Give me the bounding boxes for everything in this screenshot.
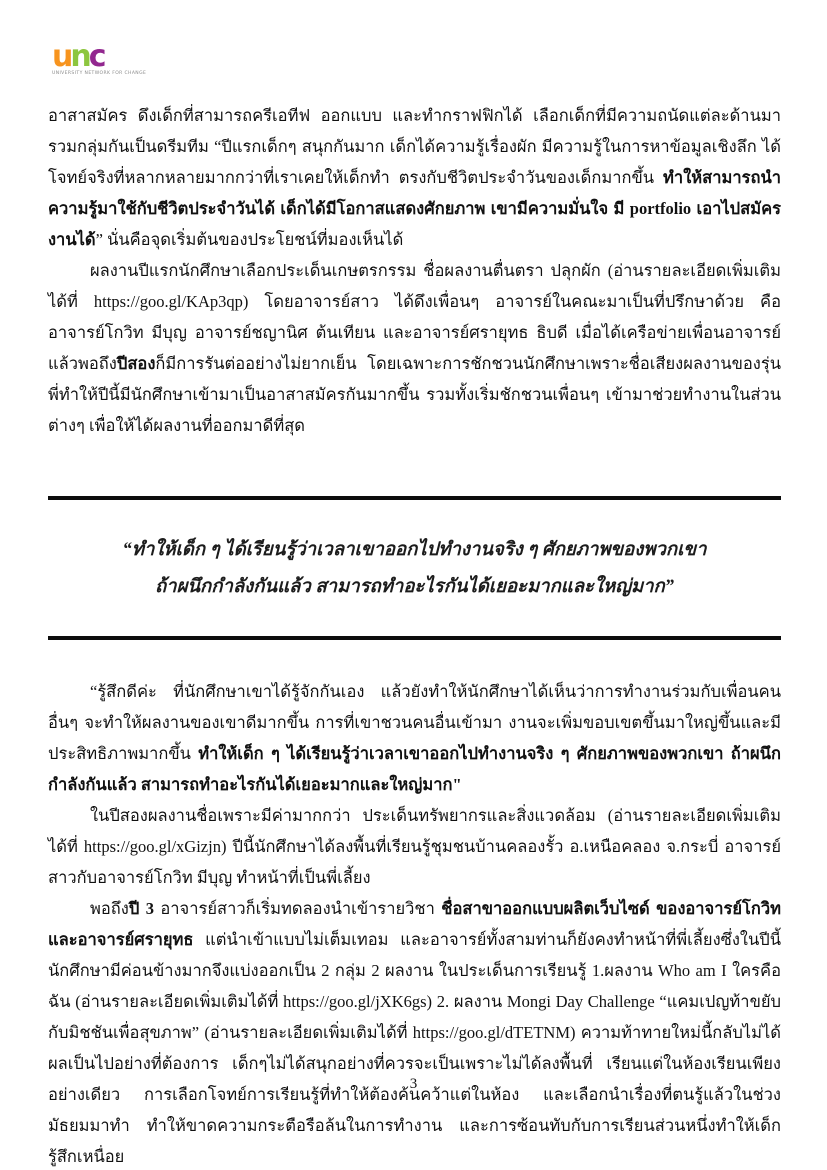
paragraph-2-bold-text: ปีสอง — [117, 354, 156, 373]
logo-letter-c: c — [89, 44, 104, 70]
unc-logo-wordmark: unc — [52, 44, 122, 70]
paragraph-3: “รู้สึกดีค่ะ ที่นักศึกษาเขาได้รู้จักกันเ… — [48, 676, 781, 800]
unc-logo: unc UNIVERSITY NETWORK FOR CHANGE — [52, 44, 122, 76]
page-number: 3 — [0, 1076, 827, 1093]
logo-letter-n: n — [70, 44, 88, 70]
quote-divider-top — [48, 496, 781, 500]
paragraph-1-text-end: ” นั่นคือจุดเริ่มต้นของประโยชน์ที่มองเห็… — [96, 230, 404, 249]
paragraph-4-text: ในปีสองผลงานชื่อเพราะมีค่ามากกว่า ประเด็… — [48, 806, 781, 887]
document-page: unc UNIVERSITY NETWORK FOR CHANGE อาสาสม… — [0, 0, 827, 1170]
paragraph-5-text-2: อาจารย์สาวก็เริ่มทดลองนำเข้ารายวิชา — [154, 899, 441, 918]
paragraph-2-text-end: ก็มีการรันต่ออย่างไม่ยากเย็น โดยเฉพาะการ… — [48, 354, 781, 435]
pull-quote: “ทำให้เด็ก ๆ ได้เรียนรู้ว่าเวลาเขาออกไปท… — [48, 532, 781, 606]
quote-divider-bottom — [48, 636, 781, 640]
paragraph-5-text: พอถึง — [90, 899, 129, 918]
paragraph-4: ในปีสองผลงานชื่อเพราะมีค่ามากกว่า ประเด็… — [48, 800, 781, 893]
logo-tagline: UNIVERSITY NETWORK FOR CHANGE — [52, 71, 122, 76]
pull-quote-line-2: ถ้าผนึกกำลังกันแล้ว สามารถทำอะไรกันได้เย… — [48, 569, 781, 606]
paragraph-2: ผลงานปีแรกนักศึกษาเลือกประเด็นเกษตรกรรม … — [48, 255, 781, 441]
paragraph-5-text-end: แต่นำเข้าแบบไม่เต็มเทอม และอาจารย์ทั้งสา… — [48, 930, 781, 1166]
paragraph-5-bold-year: ปี 3 — [129, 899, 154, 918]
pull-quote-line-1: “ทำให้เด็ก ๆ ได้เรียนรู้ว่าเวลาเขาออกไปท… — [48, 532, 781, 569]
paragraph-5: พอถึงปี 3 อาจารย์สาวก็เริ่มทดลองนำเข้ารา… — [48, 893, 781, 1170]
paragraph-1: อาสาสมัคร ดึงเด็กที่สามารถครีเอทีฟ ออกแบ… — [48, 100, 781, 255]
document-body: อาสาสมัคร ดึงเด็กที่สามารถครีเอทีฟ ออกแบ… — [48, 100, 781, 1170]
logo-letter-u: u — [52, 44, 70, 70]
